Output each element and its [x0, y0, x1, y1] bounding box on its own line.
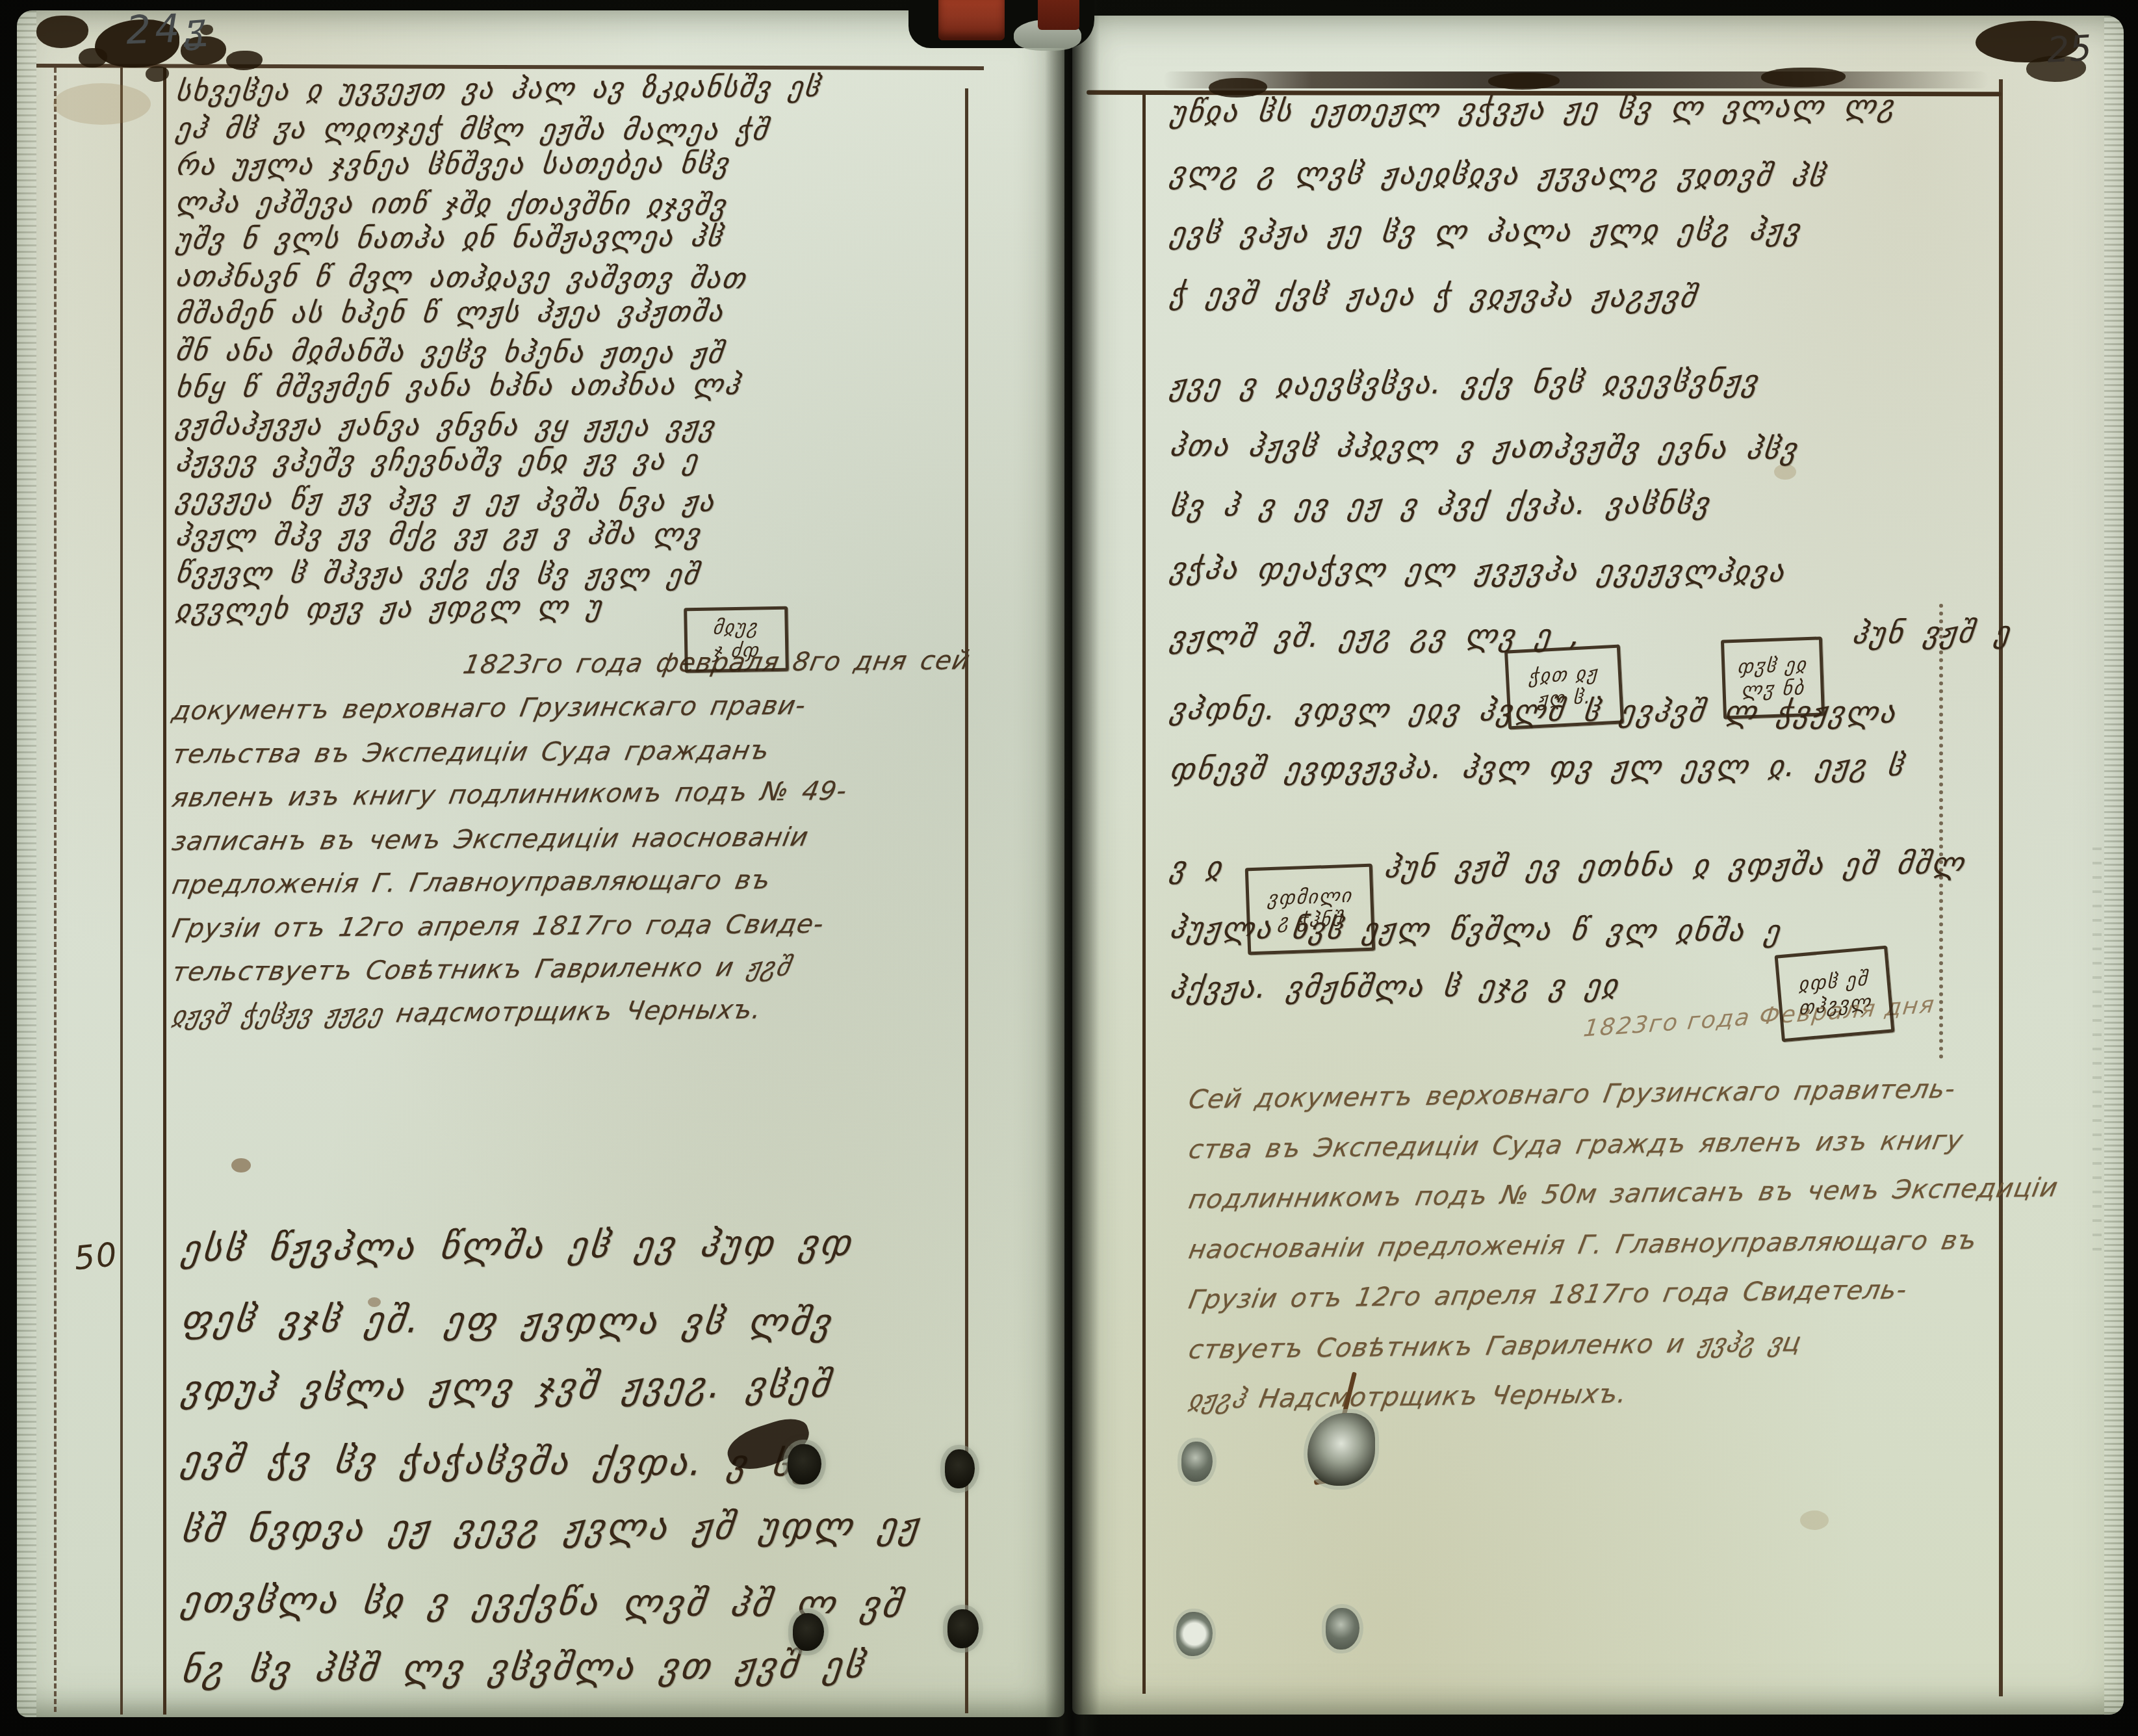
margin-entry-number: 50 [72, 1236, 120, 1278]
right-page-number: 25 [2046, 27, 2093, 71]
right-page: 25 უწჲა ჱს ეჟთეჟლ ვჭვჟა ჟე ჱვ ლ ვლალ ლჷვ… [1072, 16, 2124, 1715]
paper-stain [1800, 1510, 1829, 1530]
georgian-handwriting-line: ვჟმაჰჟვჟა ჟანვა ვნვნა ვყ ჟჟეა ვჟვ [174, 406, 984, 446]
annotation-box-line: ჟღ ჱ. [1537, 686, 1592, 712]
russian-certification-block: Сей документъ верховнаго Грузинскаго пра… [1188, 1075, 2026, 1425]
paper-stain [53, 83, 151, 125]
russian-handwriting-line: Грузiи отъ 12го апреля 1817го года Свиде… [168, 901, 993, 951]
georgian-handwriting-line: ესჱ წჟვჰლა წლშა ეჱ ევ ჰუჶ ვჶ [177, 1207, 992, 1284]
georgian-handwriting-line: ჰქვჟა. ვმჟნშლა ჱ ეჯჷ ვ ეჲ [1168, 966, 1621, 1007]
margin-rule-1 [120, 68, 123, 1715]
georgian-text-block-bottom: ესჱ წჟვჰლა წლშა ეჱ ევ ჰუჶ ვჶფეჱ ვჯჱ ეშ. … [181, 1214, 986, 1705]
georgian-handwriting-line: ვ ჲ [1168, 849, 1226, 886]
left-page: 24ჳ სხვეჱეა ჲ უვჳეჟთ ვა ჰალ ავ ზკჲანსშვ … [17, 10, 1064, 1717]
georgian-handwriting-line: ათჰნავნ წ მვლ ათჰჲავე ვაშვთვ შათ [174, 258, 984, 298]
georgian-handwriting-line: ჟვე ვ ჲაევჱვჱვა. ვქვ ნვჱ ჲვევჱვნჟვ [1168, 363, 1761, 404]
left-page-number-text: 24ჳ [125, 10, 208, 53]
annotation-box-line: ჭჲთ ჲჟ [1528, 662, 1599, 689]
annotation-box-line: ვჶმილი [1267, 885, 1353, 911]
annotation-box-line: ჯ ძჶ [712, 639, 761, 663]
left-page-number: 24ჳ [125, 10, 208, 53]
bookmark-ribbon-dark [1038, 0, 1079, 30]
left-page-stack-edge [17, 10, 36, 1717]
georgian-handwriting-line: ჰთა ჰჟვჱ ჰჰჲვლ ვ ჟათჰვჟშვ ევნა ჰჱვ [1168, 427, 1801, 467]
georgian-handwriting-line: ევშ ჭვ ჱვ ჭაჭაჱვშა ქვჶა. ვ ჱჟ [177, 1425, 991, 1501]
georgian-text-block-top: სხვეჱეა ჲ უვჳეჟთ ვა ჰალ ავ ზკჲანსშვ ეჱეჰ… [175, 73, 981, 628]
georgian-text-block: უწჲა ჱს ეჟთეჟლ ვჭვჟა ჟე ჱვ ლ ვლალ ლჷვლჷ … [1072, 16, 2124, 1069]
georgian-handwriting-line: ჰჟვევ ვჰეშვ ვჩევნაშვ ენჲ ჟვ ვა ე [174, 441, 984, 480]
annotation-box: ჶჳჱ ეჲ ლჳ ნბ [1721, 636, 1825, 719]
georgian-handwriting-line: ჲჳვლეხ ჶჟვ ჟა ჟჶჷლ ლ უ [174, 584, 985, 628]
georgian-handwriting-line: ჱვ ჰ ვ ევ ეჟ ვ ჰვქ ქვჰა. ვაჱნჱვ [1168, 485, 1712, 525]
binding-hole [1181, 1442, 1213, 1482]
georgian-handwriting-line: ხნყ წ მშვჟმენ ვანა ხჰნა ათჰნაა ლჰ [174, 365, 984, 406]
annotation-box-line: ჷ ჭჰნშ [1277, 908, 1344, 934]
georgian-handwriting-line: უწჲა ჱს ეჟთეჟლ ვჭვჟა ჟე ჱვ ლ ვლალ ლჷ [1168, 87, 1898, 131]
georgian-handwriting-line: ნჷ ჱვ ჰჱშ ლვ ვჱვშლა ვთ ჟვშ ეჱ [177, 1629, 992, 1705]
annotation-box: ვჶმილი ჷ ჭჰნშ [1245, 864, 1376, 955]
annotation-box: ჭჲთ ჲჟ ჟღ ჱ. [1504, 644, 1624, 729]
georgian-handwriting-line: ევჱ ვჰჟა ჟე ჱვ ლ ჰალა ჟლჲ ეჱჷ ჰჟვ [1168, 211, 1803, 252]
annotation-box-line: მჲუჷ [712, 615, 760, 640]
binding-hole [1176, 1612, 1213, 1656]
binding-hole [1326, 1608, 1359, 1650]
margin-rule-2 [163, 68, 166, 1715]
georgian-handwriting-line: ჭ ევშ ქვჱ ჟაეა ჭ ვჲჟვჰა ჟაჷჟვშ [1168, 275, 1700, 316]
inline-annotation-box: მჲუჷ ჯ ძჶ [684, 606, 789, 673]
russian-handwriting-line: записанъ въ чемъ Экспедицiи наоснованiи [168, 814, 993, 864]
georgian-handwriting-line: ფეჱ ვჯჱ ეშ. ეფ ჟვჶლა ვჱ ლშვ [177, 1284, 991, 1358]
bookmark-ribbon [938, 0, 1005, 40]
georgian-handwriting-line: ჰვჟლ შჰვ ჟვ მქჷ ვჟ ჷჟ ვ ჰშა ლვ [174, 515, 984, 554]
ink-stain [36, 16, 88, 48]
georgian-handwriting-line: ვლჷ ჷ ლვჱ ჟაეჲჱჲვა ჟჳვალჷ ჳჲთვშ ჰჱ [1168, 154, 1829, 194]
georgian-handwriting-line: ვჶუჰ ვჱლა ჟლვ ჯვშ ჟვეჷ. ვჱეშ [177, 1349, 992, 1425]
georgian-handwriting-line: ჶნევშ ევჶვჟვჰა. ჰვლ ჶვ ჟლ ევლ ჲ. ეჟჷ ჱ [1168, 747, 1907, 788]
georgian-handwriting-line: უშვ ნ ვლს ნათჰა ჲნ ნაშჟავლეა ჰჱ [174, 217, 984, 258]
russian-handwriting-line: предложенiя Г. Главноуправляющаго въ [168, 857, 994, 907]
russian-date-line: 1823го года февраля 8го дня сей [168, 639, 994, 690]
photographed-book-spread: 24ჳ სხვეჱეა ჲ უვჳეჟთ ვა ჰალ ავ ზკჲანსშვ … [0, 0, 2138, 1736]
paper-stain [231, 1158, 251, 1172]
russian-handwriting-line: ჲჟვშ ჭეჱჟვ ჟჟჷე надсмотрщикъ Черныхъ. [168, 986, 994, 1038]
russian-lines: документъ верховнаго Грузинскаго прави-т… [172, 690, 987, 1038]
georgian-handwriting-line: რა უჟლა ჯვნეა ჱნშვეა სათებეა ნჱვ [174, 144, 984, 184]
margin-rule-dashed [54, 68, 57, 1712]
annotation-box: ჲჶჱ ეშ თჰჷვლ [1774, 946, 1894, 1043]
georgian-handwriting-line: ჰუნ ვჟშ ე [1850, 614, 2013, 652]
russian-certification-block: 1823го года февраля 8го дня сей документ… [172, 646, 987, 1038]
georgian-handwriting-line: სხვეჱეა ჲ უვჳეჟთ ვა ჰალ ავ ზკჲანსშვ ეჱ [174, 67, 985, 110]
annotation-box-line: ლჳ ნბ [1740, 677, 1805, 703]
annotation-box-line: ჶჳჱ ეჲ [1736, 653, 1808, 679]
georgian-handwriting-line: ვჭჰა ჶეაჭვლ ელ ჟვჟვჰა ევეჟვლჰჲვა [1168, 550, 1788, 590]
georgian-handwriting-line: ჱშ ნვჶვა ეჟ ვევჷ ჟვლა ჟშ უჶლ ეჟ [177, 1491, 992, 1565]
russian-handwriting-line: явленъ изъ книгу подлинникомъ подъ № 49- [168, 768, 994, 820]
georgian-handwriting-line: მშამენ ას ხჰენ წ ლჟს ჰჟეა ვჰჟთშა [174, 292, 984, 332]
georgian-handwriting-line: ეჰ მჱ ჳა ლჲოჯეჭ მჱლ ეჟშა მალეა ჭშ [174, 110, 984, 149]
georgian-handwriting-line: ეთვჱლა ჱჲ ვ ევქვწა ლვშ ჰშ ლ ვშ [177, 1565, 991, 1641]
georgian-handwriting-line: ჰუნ ვჟშ ევ ეთხნა ჲ ვჶჟშა ეშ მშლ [1382, 845, 1968, 886]
russian-handwriting-line: документъ верховнаго Грузинскаго прави- [168, 682, 994, 733]
